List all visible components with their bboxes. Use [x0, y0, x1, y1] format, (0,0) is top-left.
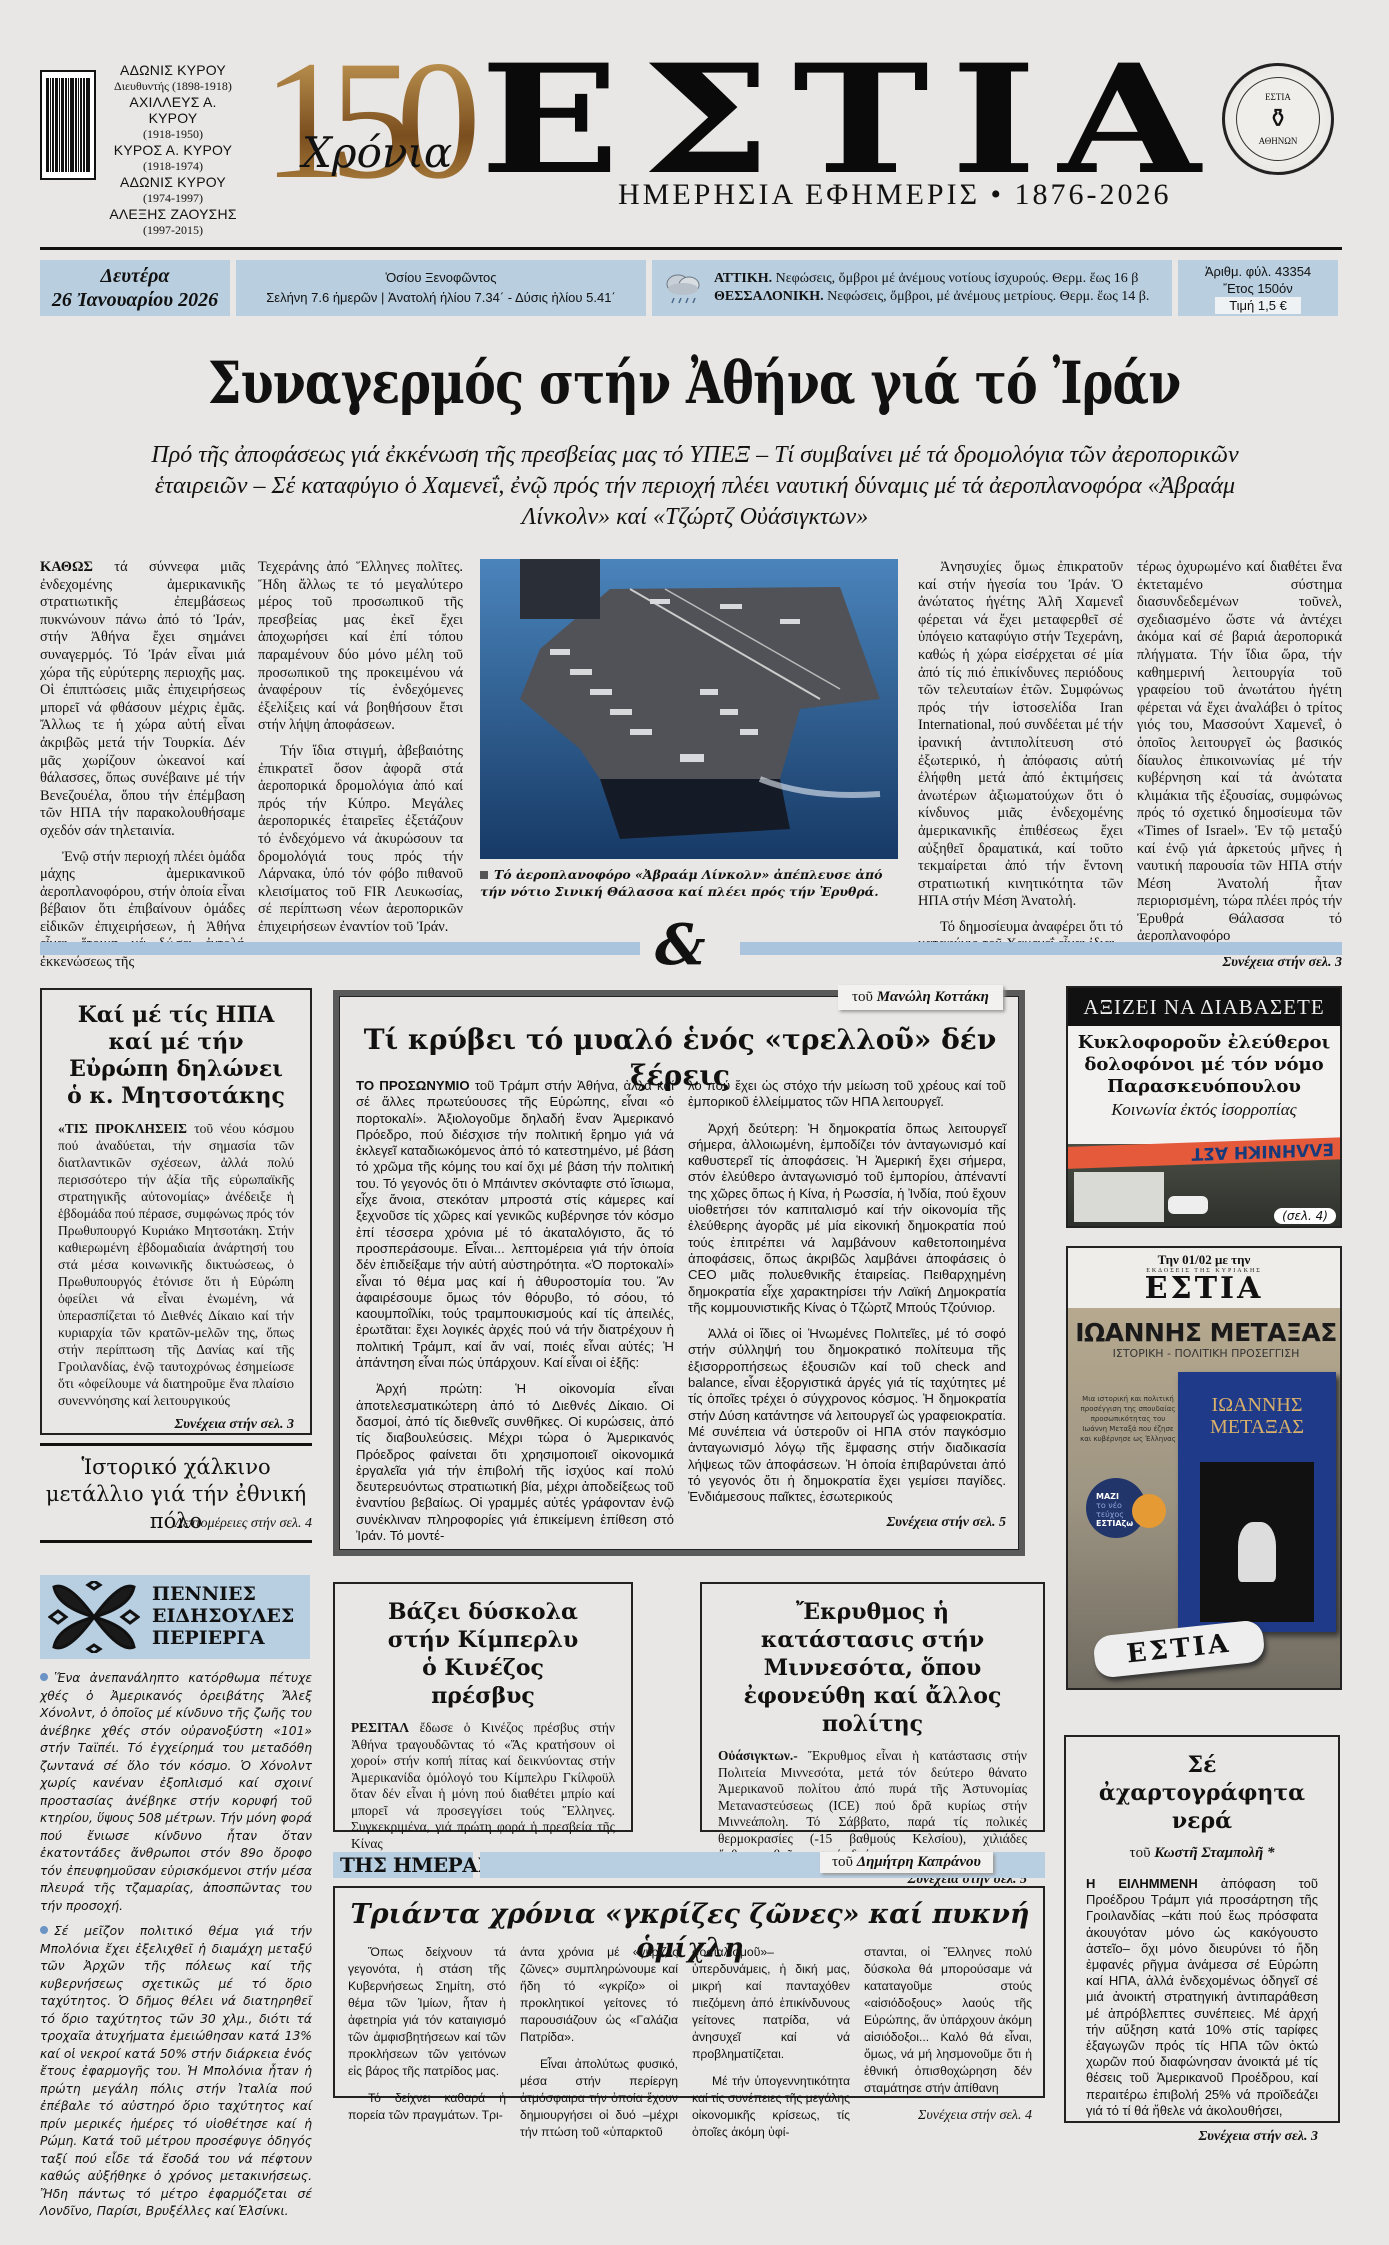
crime-scene-photo: ΕΛΛΗΝΙΚΗ ΑΣΤ (σελ. 4)	[1068, 1144, 1342, 1228]
lead-kicker: ΚΑΘΩΣ	[40, 559, 93, 575]
price: Τιμή 1,5 €	[1215, 297, 1301, 314]
bullet-icon	[40, 1926, 48, 1934]
ornament-flower-icon	[48, 1581, 140, 1653]
pennies-item: Ἕνα ἀνεπανάληπτο κατόρθωμα πέτυχε χθές ὁ…	[40, 1670, 312, 1915]
stampolis-byline: τοῦ Κωστῆ Σταμπολῆ *	[1086, 1845, 1318, 1862]
founder-name: ΚΥΡΟΣ Α. ΚΥΡΟΥ	[108, 142, 238, 158]
police-car	[1168, 1196, 1208, 1214]
founder-years: Διευθυντής (1898-1918)	[108, 78, 238, 94]
must-read-label: ΑΞΙΖΕΙ ΝΑ ΔΙΑΒΑΣΕΤΕ	[1068, 988, 1340, 1026]
promo-date: Την 01/02 με την	[1068, 1252, 1340, 1268]
kottakis-byline: τοῦ Μανώλη Κοττάκη	[838, 985, 1003, 1010]
day-col-4: στανται, οἱ Ἕλληνες πολύ δύσκολα θά μπορ…	[864, 1944, 1032, 2124]
issue-box: Ἀριθμ. φύλ. 43354 Ἔτος 150όν Τιμή 1,5 €	[1178, 260, 1338, 316]
lead-deck: Πρό τῆς ἀποφάσεως γιά ἐκκένωση τῆς πρεσβ…	[150, 440, 1240, 533]
founder-name: ΑΛΕΞΗΣ ΖΑΟΥΣΗΣ	[108, 206, 238, 222]
kapranos-byline: τοῦ Δημήτρη Καπράνου	[820, 1852, 993, 1873]
continued-link[interactable]: Συνέχεια στήν σελ. 4	[864, 2107, 1032, 2124]
lead-col-4: τέρως ὀχυρωμένο καί διαθέτει ἕνα ἐκτεταμ…	[1137, 559, 1342, 972]
must-read-box[interactable]: ΑΞΙΖΕΙ ΝΑ ΔΙΑΒΑΣΕΤΕ Κυκλοφοροῦν ἐλεύθερο…	[1066, 986, 1342, 1228]
caption-bullet-icon	[480, 871, 488, 879]
metaxas-promo[interactable]: Την 01/02 με την ΕΚΔΟΣΕΙΣ ΤΗΣ ΚΥΡΙΑΚΗΣ Ε…	[1066, 1246, 1342, 1690]
lead-col-3: Ἀνησυχίες ὅμως ἐπικρατοῦν καί στήν ἡγεσί…	[918, 559, 1123, 962]
day-col-3: σοσιαλισμοῦ»– ὑπερδυνάμεις, ἡ δική μας, …	[692, 1944, 850, 2151]
pennies-item: Σέ μεῖζον πολιτικό θέμα γιά τήν Μπολόνια…	[40, 1923, 312, 2221]
founder-name: ΑΔΩΝΙΣ ΚΥΡΟΥ	[108, 62, 238, 78]
founder-name: ΑΧΙΛΛΕΥΣ Α. ΚΥΡΟΥ	[108, 94, 238, 126]
kottakis-col-2: λο πού ἔχει ὡς στόχο τήν μείωση τοῦ χρέο…	[688, 1078, 1006, 1532]
promo-subtitle: ΙΣΤΟΡΙΚΗ - ΠΟΛΙΤΙΚΗ ΠΡΟΣΕΓΓΙΣΗ	[1068, 1347, 1342, 1360]
divider-band-left	[40, 942, 640, 955]
ambassador-text: ΡΕΣΙΤΑΛ ἔδωσε ὁ Κινέζος πρέσβυς στήν Ἀθή…	[351, 1720, 615, 1852]
polo-rule-top	[40, 1443, 312, 1446]
founder-years: (1997-2015)	[108, 222, 238, 238]
side-date: 26-01-2026	[0, 960, 18, 1080]
ambassador-box: Βάζει δύσκολα στήν Κίμπερλυ ὁ Κινέζος πρ…	[333, 1582, 633, 1832]
coin-text-bottom: ΑΘΗΝΩΝ	[1259, 136, 1298, 146]
founder-years: (1974-1997)	[108, 190, 238, 206]
must-read-subhead: Κοινωνία ἐκτός ἰσορροπίας	[1068, 1100, 1340, 1120]
minnesota-text: Οὐάσιγκτων.- Ἔκρυθμος εἶναι ἡ κατάστασις…	[718, 1748, 1027, 1864]
founder-years: (1918-1974)	[108, 158, 238, 174]
aircraft-carrier-photo[interactable]	[480, 559, 898, 859]
pennies-header: ΠΕΝΝΙΕΣ ΕΙΔΗΣΟΥΛΕΣ ΠΕΡΙΕΡΓΑ	[40, 1575, 310, 1659]
rain-cloud-icon	[662, 270, 704, 306]
promo-title: ΙΩΑΝΝΗΣ ΜΕΤΑΞΑΣ	[1068, 1318, 1342, 1347]
founders-list: ΑΔΩΝΙΣ ΚΥΡΟΥ Διευθυντής (1898-1918) ΑΧΙΛ…	[108, 62, 238, 238]
saint-box: Ὁσίου Ξενοφῶντος Σελήνη 7.6 ἡμερῶν | Ἀνα…	[236, 260, 646, 316]
continued-link[interactable]: Συνέχεια στήν σελ. 3	[58, 1417, 294, 1433]
lead-col-1: ΚΑΘΩΣ τά σύννεφα μιᾶς ἐνδεχομένης ἀμερικ…	[40, 559, 245, 980]
sun-moon: Σελήνη 7.6 ἡμερῶν | Ἀνατολή ἡλίου 7.34΄ …	[266, 288, 616, 308]
lead-col-2: Τεχεράνης ἀπό Ἕλληνες πολῖτες. Ἤδη ἄλλως…	[258, 559, 463, 944]
figures-icon: ⚱	[1267, 104, 1289, 134]
polo-rule-bottom	[40, 1540, 312, 1543]
photo-caption: Τό ἀεροπλανοφόρο «Ἀβραάμ Λίνκολν» ἀπέπλε…	[480, 866, 900, 900]
founder-years: (1918-1950)	[108, 126, 238, 142]
promo-logo: ΕΣΤΙΑ	[1068, 1274, 1340, 1304]
anniversary-word: Χρόνια	[302, 128, 452, 177]
minnesota-box: Ἔκρυθμος ἡ κατάστασις στήν Μιννεσότα, ὅπ…	[700, 1582, 1045, 1832]
weekday: Δευτέρα	[101, 264, 170, 288]
page-ref[interactable]: (σελ. 4)	[1274, 1208, 1336, 1224]
orange-circle	[1132, 1494, 1166, 1528]
carrier-illustration	[480, 559, 898, 859]
uncharted-box: Σέ ἀχαρτογράφητα νερά τοῦ Κωστῆ Σταμπολῆ…	[1064, 1735, 1340, 2123]
uncharted-headline[interactable]: Σέ ἀχαρτογράφητα νερά	[1086, 1751, 1318, 1835]
newspaper-logo[interactable]: ΕΣΤΙΑ	[480, 55, 1222, 185]
polo-details-link[interactable]: Λεπτομέρειες στήν σελ. 4	[40, 1516, 312, 1532]
book-cover: ΙΩΑΝΝΗΣ ΜΕΤΑΞΑΣ	[1178, 1372, 1336, 1632]
continued-link[interactable]: Συνέχεια στήν σελ. 3	[1086, 2129, 1318, 2145]
date: 26 Ἰανουαρίου 2026	[52, 288, 218, 312]
weather-box: ΑΤΤΙΚΗ. Νεφώσεις, ὄμβροι μέ ἀνέμους νοτί…	[652, 260, 1172, 316]
founder-name: ΑΔΩΝΙΣ ΚΥΡΟΥ	[108, 174, 238, 190]
book-portrait	[1200, 1462, 1314, 1622]
promo-poster: ΙΩΑΝΝΗΣ ΜΕΤΑΞΑΣ ΙΣΤΟΡΙΚΗ - ΠΟΛΙΤΙΚΗ ΠΡΟΣ…	[1068, 1308, 1342, 1690]
issue-number: Ἀριθμ. φύλ. 43354	[1205, 263, 1311, 280]
booth	[1074, 1172, 1164, 1222]
saint-day: Ὁσίου Ξενοφῶντος	[385, 268, 496, 288]
day-col-1: Ὅπως δείχνουν τά γεγονότα, ἡ στάση τῆς Κ…	[348, 1944, 506, 2134]
bullet-icon	[40, 1673, 48, 1681]
coin-text-top: ΕΣΤΙΑ	[1265, 92, 1291, 102]
pennies-items: Ἕνα ἀνεπανάληπτο κατόρθωμα πέτυχε χθές ὁ…	[40, 1670, 312, 2229]
mitsotakis-box: Καί μέ τίς ΗΠΑ καί μέ τήν Εὐρώπη δηλώνει…	[40, 988, 312, 1435]
ampersand-ornament: &	[655, 915, 706, 975]
barcode	[40, 70, 96, 180]
uncharted-text: Η ΕΙΛΗΜΜΕΝΗ ἀπόφαση τοῦ Προέδρου Τράμπ γ…	[1086, 1876, 1318, 2119]
weather-attica: ΑΤΤΙΚΗ. Νεφώσεις, ὄμβροι μέ ἀνέμους νοτί…	[714, 270, 1138, 288]
kottakis-col-1: ΤΟ ΠΡΟΣΩΝΥΜΙΟ τοῦ Τράμπ στήν Ἀθήνα, ἀλλά…	[356, 1078, 674, 1554]
minnesota-headline[interactable]: Ἔκρυθμος ἡ κατάστασις στήν Μιννεσότα, ὅπ…	[718, 1598, 1027, 1738]
date-box: Δευτέρα 26 Ἰανουαρίου 2026	[40, 260, 230, 316]
weather-thessaloniki: ΘΕΣΣΑΛΟΝΙΚΗ. Νεφώσεις, ὄμβροι, μέ ἀνέμου…	[714, 288, 1149, 306]
police-tape: ΕΛΛΗΝΙΚΗ ΑΣΤ	[1068, 1137, 1342, 1169]
rolled-newspaper: ΕΣΤΙΑ	[1092, 1619, 1265, 1679]
mitsotakis-text: «ΤΙΣ ΠΡΟΚΛΗΣΕΙΣ τοῦ νέου κόσμου πού ἀναδ…	[58, 1120, 294, 1409]
mitsotakis-headline[interactable]: Καί μέ τίς ΗΠΑ καί μέ τήν Εὐρώπη δηλώνει…	[58, 1002, 294, 1110]
of-the-day-section: ΤΗΣ ΗΜΕΡΑΣ	[340, 1852, 491, 1878]
pennies-title: ΠΕΝΝΙΕΣ ΕΙΔΗΣΟΥΛΕΣ ΠΕΡΙΕΡΓΑ	[152, 1583, 294, 1649]
promo-blurb: Μια ιστορική και πολιτική προσέγγιση της…	[1080, 1394, 1176, 1444]
day-col-2: άντα χρόνια μέ «γκρίζες ζῶνες» συμπληρών…	[520, 1944, 678, 2151]
lead-headline[interactable]: Συναγερμός στήν Ἀθήνα γιά τό Ἰράν	[0, 348, 1389, 418]
issue-year: Ἔτος 150όν	[1223, 280, 1293, 297]
continued-link[interactable]: Συνέχεια στήν σελ. 5	[688, 1515, 1006, 1531]
tagline: ΗΜΕΡΗΣΙΑ ΕΦΗΜΕΡΙΣ • 1876-2026	[618, 178, 1172, 212]
continued-link[interactable]: Συνέχεια στήν σελ. 3	[1137, 954, 1342, 972]
coin-emblem-icon: ΕΣΤΙΑ ⚱ ΑΘΗΝΩΝ	[1222, 63, 1334, 175]
must-read-headline[interactable]: Κυκλοφοροῦν ἐλεύθεροι δολοφόνοι μέ τόν ν…	[1068, 1032, 1340, 1098]
book-title: ΙΩΑΝΝΗΣ ΜΕΤΑΞΑΣ	[1178, 1394, 1336, 1438]
masthead-rule	[40, 247, 1342, 250]
ambassador-headline[interactable]: Βάζει δύσκολα στήν Κίμπερλυ ὁ Κινέζος πρ…	[351, 1598, 615, 1710]
divider-band-right	[740, 942, 1342, 955]
